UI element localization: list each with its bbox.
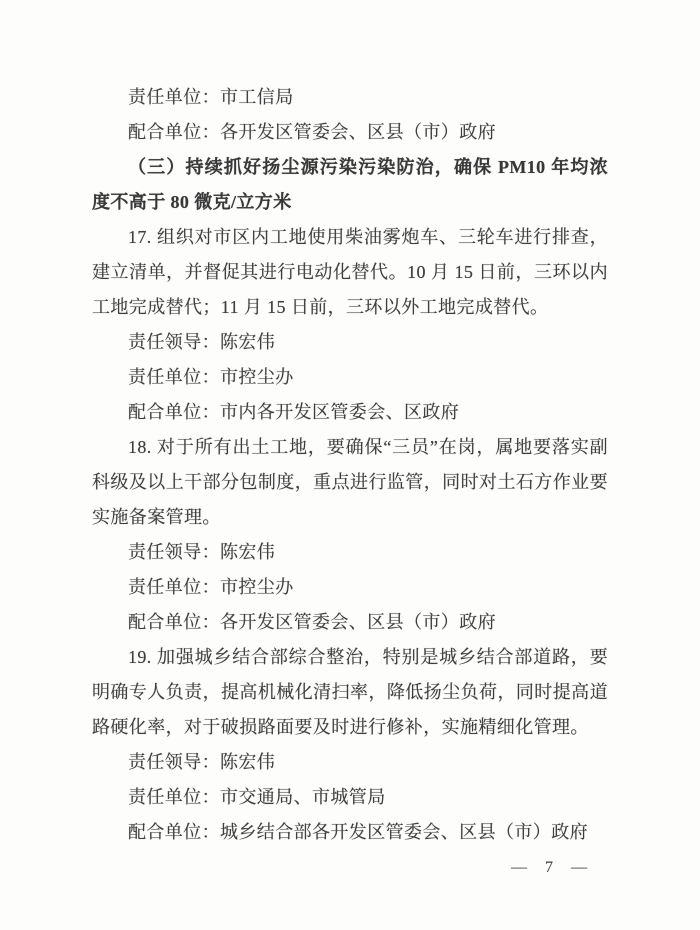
document-body: 责任单位：市工信局 配合单位：各开发区管委会、区县（市）政府 （三）持续抓好扬尘… bbox=[92, 80, 608, 850]
detail-line-responsible-leader: 责任领导：陈宏伟 bbox=[92, 745, 608, 780]
detail-line-cooperating-unit: 配合单位：市内各开发区管委会、区政府 bbox=[92, 395, 608, 430]
detail-line-responsible-unit: 责任单位：市工信局 bbox=[92, 80, 608, 115]
detail-line-cooperating-unit: 配合单位：各开发区管委会、区县（市）政府 bbox=[92, 605, 608, 640]
detail-line-responsible-unit: 责任单位：市控尘办 bbox=[92, 570, 608, 605]
detail-line-cooperating-unit: 配合单位：各开发区管委会、区县（市）政府 bbox=[92, 115, 608, 150]
detail-line-responsible-unit: 责任单位：市交通局、市城管局 bbox=[92, 780, 608, 815]
numbered-paragraph-18: 18. 对于所有出土工地，要确保“三员”在岗，属地要落实副科级及以上干部分包制度… bbox=[92, 430, 608, 535]
detail-line-responsible-leader: 责任领导：陈宏伟 bbox=[92, 325, 608, 360]
numbered-paragraph-19: 19. 加强城乡结合部综合整治，特别是城乡结合部道路，要明确专人负责，提高机械化… bbox=[92, 640, 608, 745]
detail-line-responsible-unit: 责任单位：市控尘办 bbox=[92, 360, 608, 395]
document-page: 责任单位：市工信局 配合单位：各开发区管委会、区县（市）政府 （三）持续抓好扬尘… bbox=[0, 0, 700, 930]
section-heading: （三）持续抓好扬尘源污染污染防治，确保 PM10 年均浓度不高于 80 微克/立… bbox=[92, 150, 608, 220]
page-number: — 7 — bbox=[511, 858, 594, 878]
detail-line-responsible-leader: 责任领导：陈宏伟 bbox=[92, 535, 608, 570]
detail-line-cooperating-unit: 配合单位：城乡结合部各开发区管委会、区县（市）政府 bbox=[92, 815, 608, 850]
numbered-paragraph-17: 17. 组织对市区内工地使用柴油雾炮车、三轮车进行排查，建立清单，并督促其进行电… bbox=[92, 220, 608, 325]
